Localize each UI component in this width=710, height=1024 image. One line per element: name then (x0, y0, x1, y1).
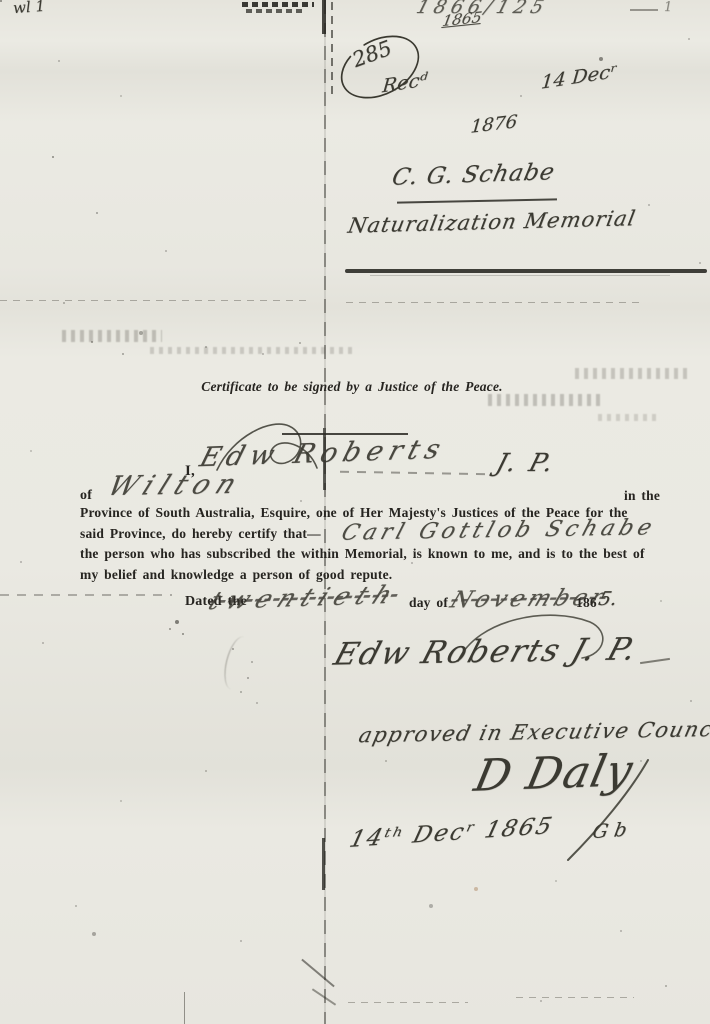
fold-line-dark-top (322, 0, 326, 34)
applicant-name: C. G. Schabe (390, 159, 558, 191)
approval-date: 14ᵗʰ Decʳ 1865 (347, 813, 557, 853)
document-title: Naturalization Memorial (346, 206, 638, 237)
crease-line-echo (370, 275, 670, 276)
jp-signature-tail (640, 658, 670, 664)
top-smudge-2 (246, 9, 306, 13)
fold-line-dark-lower (322, 838, 325, 890)
top-right-dash (630, 9, 658, 11)
received-date: 14 Decʳ (540, 60, 618, 93)
jp-signature: Edw Roberts J. P. (330, 631, 643, 672)
top-smudge-1 (242, 2, 314, 7)
bottom-dash-row-2 (516, 997, 634, 998)
approval-note: approved in Executive Council (356, 717, 710, 747)
bleed-through-fragment-3 (575, 368, 690, 379)
corner-mark: wl 1 (12, 0, 45, 17)
body-line-3: the person who has subscribed the within… (80, 546, 645, 562)
certificate-heading: Certificate to be signed by a Justice of… (0, 379, 704, 395)
body-line-2: said Province, do hereby certify that— (80, 526, 321, 542)
approver-signature-flourish (560, 756, 655, 866)
scanned-document-page: wl 1 1866/125 1865 1 285 Recᵈ 14 Decʳ 18… (0, 0, 710, 1024)
crease-line-horizontal (345, 269, 707, 273)
scan-speck-layer (0, 0, 2, 2)
blank-rule-line (282, 433, 408, 435)
bottom-fold-mark (184, 992, 185, 1024)
bottom-dash-row-1 (348, 1002, 468, 1003)
fold-line-echo-top (331, 2, 333, 94)
dated-day-handwriting: twentieth (204, 580, 404, 615)
received-year: 1876 (470, 111, 519, 137)
faint-rule-left (0, 300, 312, 301)
docket-year: 1865 (441, 8, 483, 30)
bleed-through-fragment-5 (598, 414, 658, 421)
residence-handwriting: Wilton (103, 469, 248, 502)
in-the-label: in the (624, 488, 660, 504)
applicant-name-underline (397, 198, 557, 204)
faint-ink-curl (220, 634, 255, 692)
day-of-label: day of (409, 595, 448, 611)
of-label: of (80, 488, 92, 504)
approver-secondary-mark: G b (591, 819, 629, 843)
jp-line-dashes (340, 471, 490, 476)
bleed-through-fragment-4 (488, 394, 600, 406)
top-right-mark: 1 (664, 0, 672, 15)
bleed-through-fragment-2 (150, 347, 355, 354)
jp-initials-handwriting: J. P. (493, 448, 560, 477)
fold-crease-diagonal-1 (301, 959, 334, 988)
faint-rule-right (346, 302, 644, 303)
memorialist-name-handwriting: Carl Gottlob Schabe (338, 515, 659, 545)
dated-leading-dashes (0, 594, 172, 596)
body-line-4: my belief and knowledge a person of good… (80, 567, 392, 583)
bleed-through-fragment-1 (62, 330, 162, 342)
